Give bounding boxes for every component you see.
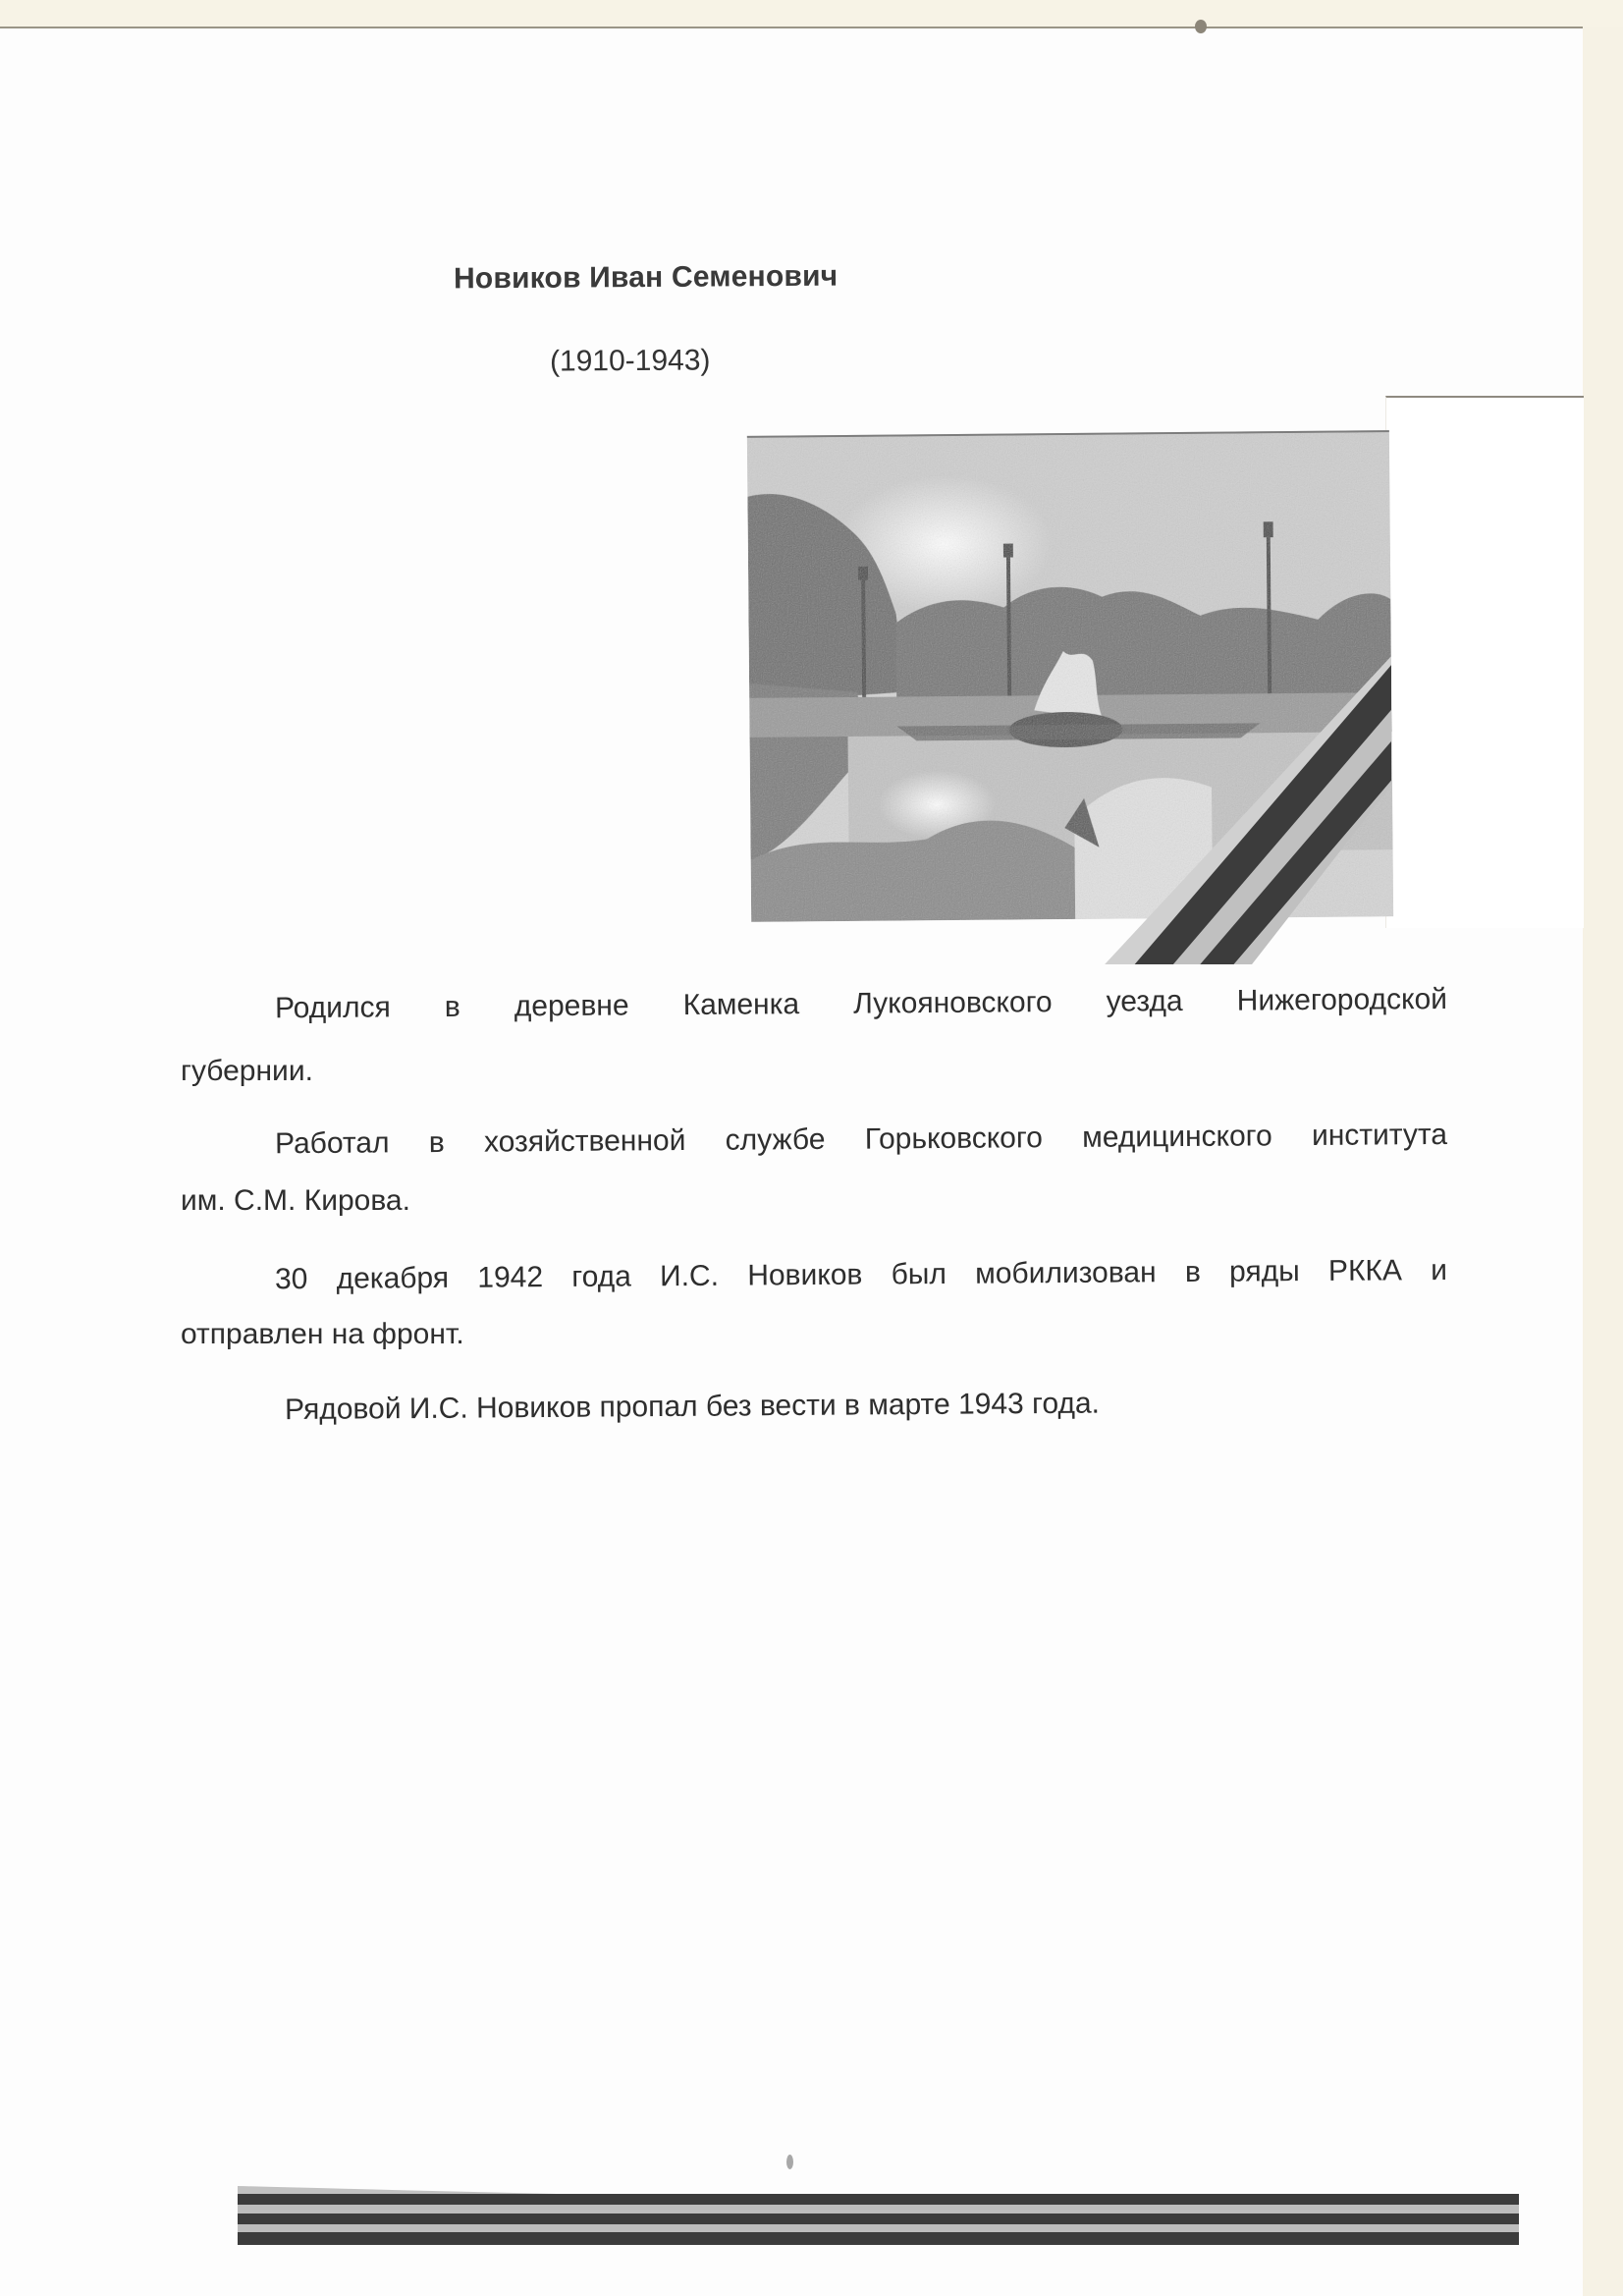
scan-speck [1195,20,1207,33]
memorial-photo-image [747,432,1393,922]
st-george-ribbon-band [238,2182,1519,2245]
life-years: (1910-1943) [550,344,711,378]
memorial-photo [747,430,1393,922]
paragraph-work-line-2: им. С.М. Кирова. [181,1186,1447,1216]
pasted-paper-fragment [1385,396,1584,928]
paragraph-birthplace-line-2: губернии. [181,1057,1447,1086]
person-name-heading: Новиков Иван Семенович [454,260,839,297]
scan-top-margin [0,0,1623,27]
scan-speck [786,2155,793,2169]
scan-right-margin [1583,27,1623,2296]
document-page [0,27,1583,2296]
paragraph-mobilization-line-2: отправлен на фронт. [181,1320,1447,1349]
